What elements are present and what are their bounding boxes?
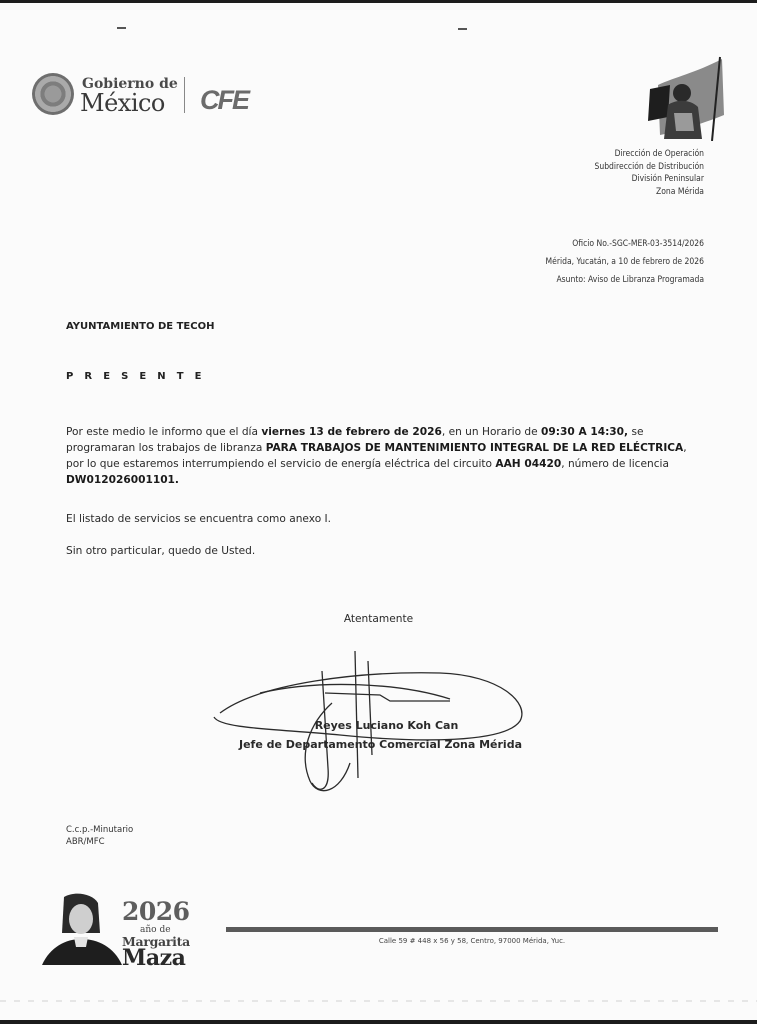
letter-meta-block: Oficio No.-SGC-MER-03-3514/2026 Mérida, … (546, 235, 704, 289)
footer-divider (226, 927, 718, 932)
license-number-bold: DW012026001101. (66, 474, 179, 486)
closing-atentamente: Atentamente (0, 613, 757, 625)
circuit-bold: AAH 04420 (495, 458, 561, 470)
scan-noise (0, 1000, 757, 1002)
oficio-number: Oficio No.-SGC-MER-03-3514/2026 (546, 235, 704, 253)
ccp-block: C.c.p.-Minutario ABR/MFC (66, 824, 133, 848)
subject: Asunto: Aviso de Libranza Programada (546, 271, 704, 289)
footer-address: Calle 59 # 448 x 56 y 58, Centro, 97000 … (226, 937, 718, 945)
date-bold: viernes 13 de febrero de 2026 (261, 426, 441, 438)
footer-year: 2026 (122, 897, 190, 926)
signer-name: Reyes Luciano Koh Can (8, 719, 757, 732)
address-line: División Peninsular (595, 173, 705, 186)
address-line: Dirección de Operación (595, 148, 705, 161)
schedule-bold: 09:30 A 14:30, (541, 426, 628, 438)
text: Por este medio le informo que el día (66, 426, 261, 438)
place-date: Mérida, Yucatán, a 10 de febrero de 2026 (546, 253, 704, 271)
text: , en un Horario de (442, 426, 541, 438)
ccp-line: C.c.p.-Minutario (66, 824, 133, 836)
scan-mark (117, 27, 126, 29)
recipient: AYUNTAMIENTO DE TECOH (66, 321, 214, 332)
signer-title: Jefe de Departamento Comercial Zona Méri… (2, 738, 757, 751)
flag-bearer-illustration-icon (640, 55, 726, 141)
text: , número de licencia (561, 458, 669, 470)
logo-cfe: CFE (200, 85, 248, 116)
ccp-line: ABR/MFC (66, 836, 133, 848)
letter-page: Gobierno de México CFE Dirección de Oper… (0, 3, 757, 1020)
logo-mexico: México (80, 89, 165, 117)
department-address-block: Dirección de Operación Subdirección de D… (595, 148, 705, 198)
margarita-maza-portrait-icon (40, 893, 124, 967)
mexico-seal-icon (32, 73, 74, 115)
salutation: P R E S E N T E (66, 371, 205, 382)
body-paragraph-2: El listado de servicios se encuentra com… (66, 511, 706, 527)
address-line: Zona Mérida (595, 186, 705, 199)
footer-name-maza: Maza (122, 945, 185, 971)
body-paragraph-3: Sin otro particular, quedo de Usted. (66, 543, 706, 559)
scan-mark (458, 28, 467, 30)
work-description-bold: PARA TRABAJOS DE MANTENIMIENTO INTEGRAL … (266, 442, 684, 454)
address-line: Subdirección de Distribución (595, 161, 705, 174)
logo-divider (184, 77, 185, 113)
body-paragraph-1: Por este medio le informo que el día vie… (66, 424, 706, 488)
